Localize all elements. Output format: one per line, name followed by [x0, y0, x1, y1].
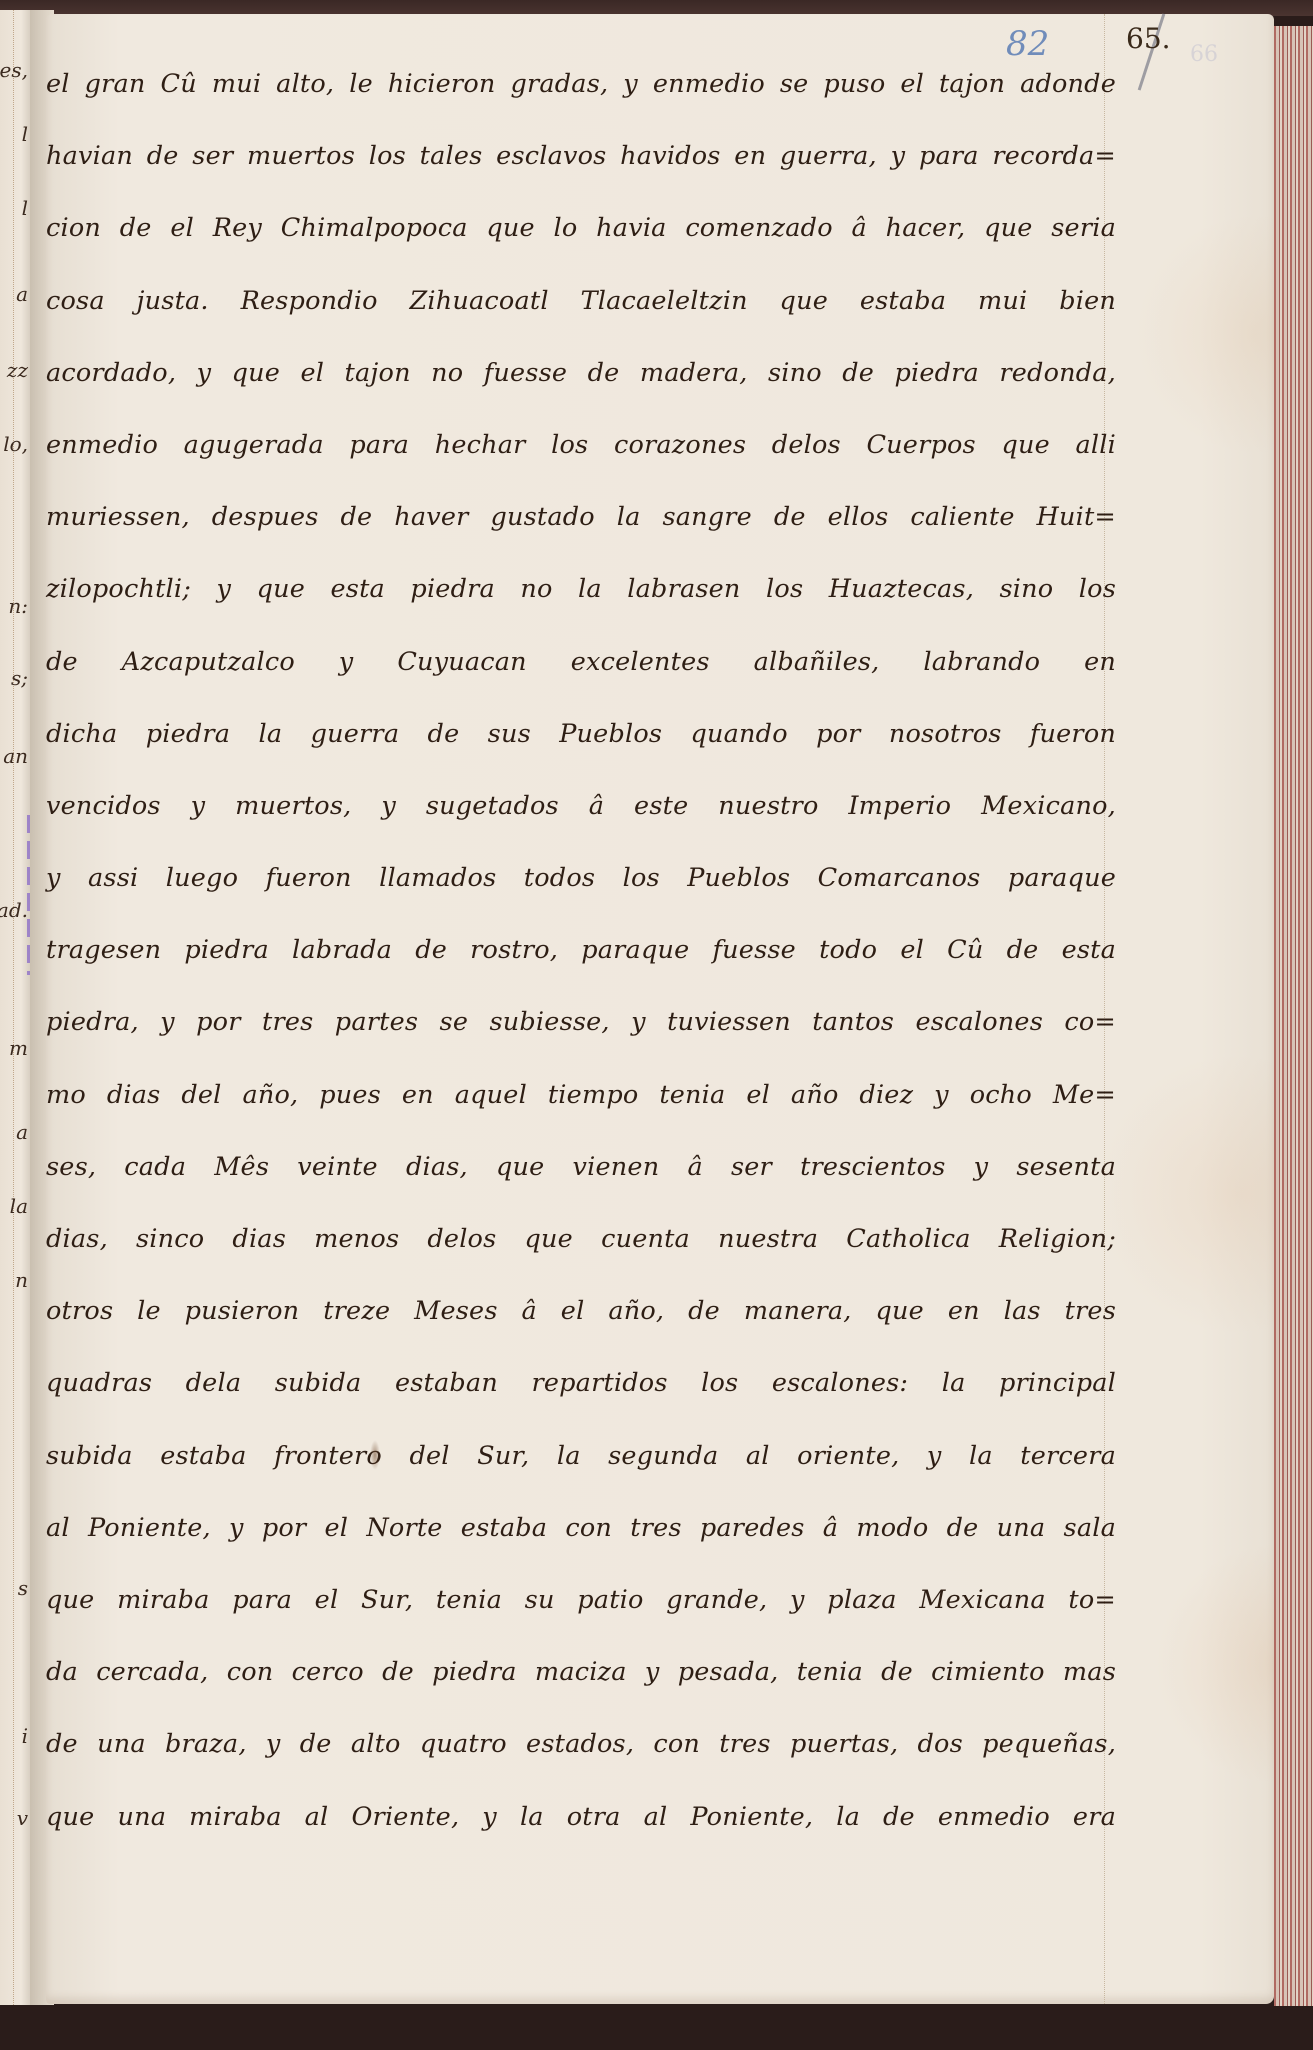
manuscript-line: dias, sinco dias menos delos que cuenta … — [46, 1217, 1116, 1289]
manuscript-line: enmedio agugerada para hechar los corazo… — [46, 423, 1116, 495]
manuscript-line: dicha piedra la guerra de sus Pueblos qu… — [46, 712, 1116, 784]
manuscript-line: al Poniente, y por el Norte estaba con t… — [46, 1506, 1116, 1578]
manuscript-line: havian de ser muertos los tales esclavos… — [46, 134, 1116, 206]
manuscript-line: zilopochtli; y que esta piedra no la lab… — [46, 567, 1116, 639]
facing-page-fragment: ad. — [0, 898, 28, 922]
manuscript-line: de Azcaputzalco y Cuyuacan excelentes al… — [46, 640, 1116, 712]
facing-page-fragment: s; — [11, 666, 28, 690]
folio-number: 65. — [1126, 22, 1171, 55]
facing-page-fragment: n: — [8, 594, 28, 618]
facing-page-fragment: la — [10, 1194, 28, 1218]
manuscript-line: otros le pusieron treze Meses â el año, … — [46, 1289, 1116, 1361]
manuscript-line: quadras dela subida estaban repartidos l… — [46, 1361, 1116, 1433]
manuscript-line: cosa justa. Respondio Zihuacoatl Tlacael… — [46, 279, 1116, 351]
ink-stain — [370, 1440, 380, 1470]
facing-page-fragment: lo, — [3, 432, 28, 456]
facing-page-fragment: zz — [7, 358, 28, 382]
manuscript-line: da cercada, con cerco de piedra maciza y… — [46, 1650, 1116, 1722]
manuscript-line: tragesen piedra labrada de rostro, paraq… — [46, 928, 1116, 1000]
facing-page-fragment: l — [22, 196, 28, 220]
manuscript-line: piedra, y por tres partes se subiesse, y… — [46, 1000, 1116, 1072]
facing-page-fragment: s — [18, 1576, 28, 1600]
facing-page-edge: es,llazzlo,n:s;anad.malansiv — [0, 10, 31, 2005]
manuscript-line: subida estaba frontero del Sur, la segun… — [46, 1434, 1116, 1506]
manuscript-line: cion de el Rey Chimalpopoca que lo havia… — [46, 206, 1116, 278]
manuscript-line: que una miraba al Oriente, y la otra al … — [46, 1795, 1116, 1867]
manuscript-line: acordado, y que el tajon no fuesse de ma… — [46, 351, 1116, 423]
facing-page-fragment: l — [22, 122, 28, 146]
blue-pencil-number: 82 — [1006, 24, 1049, 64]
facing-page-fragment: es, — [0, 58, 28, 82]
facing-page-fragment: an — [3, 744, 28, 768]
manuscript-line: muriessen, despues de haver gustado la s… — [46, 495, 1116, 567]
facing-page-fragment: n — [15, 1268, 28, 1292]
manuscript-line: y assi luego fueron llamados todos los P… — [46, 856, 1116, 928]
bleedthrough-number: 66 — [1190, 42, 1218, 67]
facing-page-fragment: a — [16, 1120, 28, 1144]
manuscript-line: de una braza, y de alto quatro estados, … — [46, 1722, 1116, 1794]
manuscript-line: mo dias del año, pues en aquel tiempo te… — [46, 1073, 1116, 1145]
manuscript-text: el gran Cû mui alto, le hicieron gradas,… — [46, 62, 1116, 1867]
manuscript-line: que miraba para el Sur, tenia su patio g… — [46, 1578, 1116, 1650]
facing-page-margin-rule — [13, 10, 15, 2005]
facing-page-fragment: v — [17, 1806, 28, 1830]
facing-page-fragment: m — [9, 1036, 28, 1060]
manuscript-line: vencidos y muertos, y sugetados â este n… — [46, 784, 1116, 856]
facing-page-fragment: i — [22, 1724, 28, 1748]
manuscript-line: el gran Cû mui alto, le hicieron gradas,… — [46, 62, 1116, 134]
page-edges — [1274, 26, 1313, 2006]
facing-page-fragment: a — [16, 282, 28, 306]
manuscript-line: ses, cada Mês veinte dias, que vienen â … — [46, 1145, 1116, 1217]
